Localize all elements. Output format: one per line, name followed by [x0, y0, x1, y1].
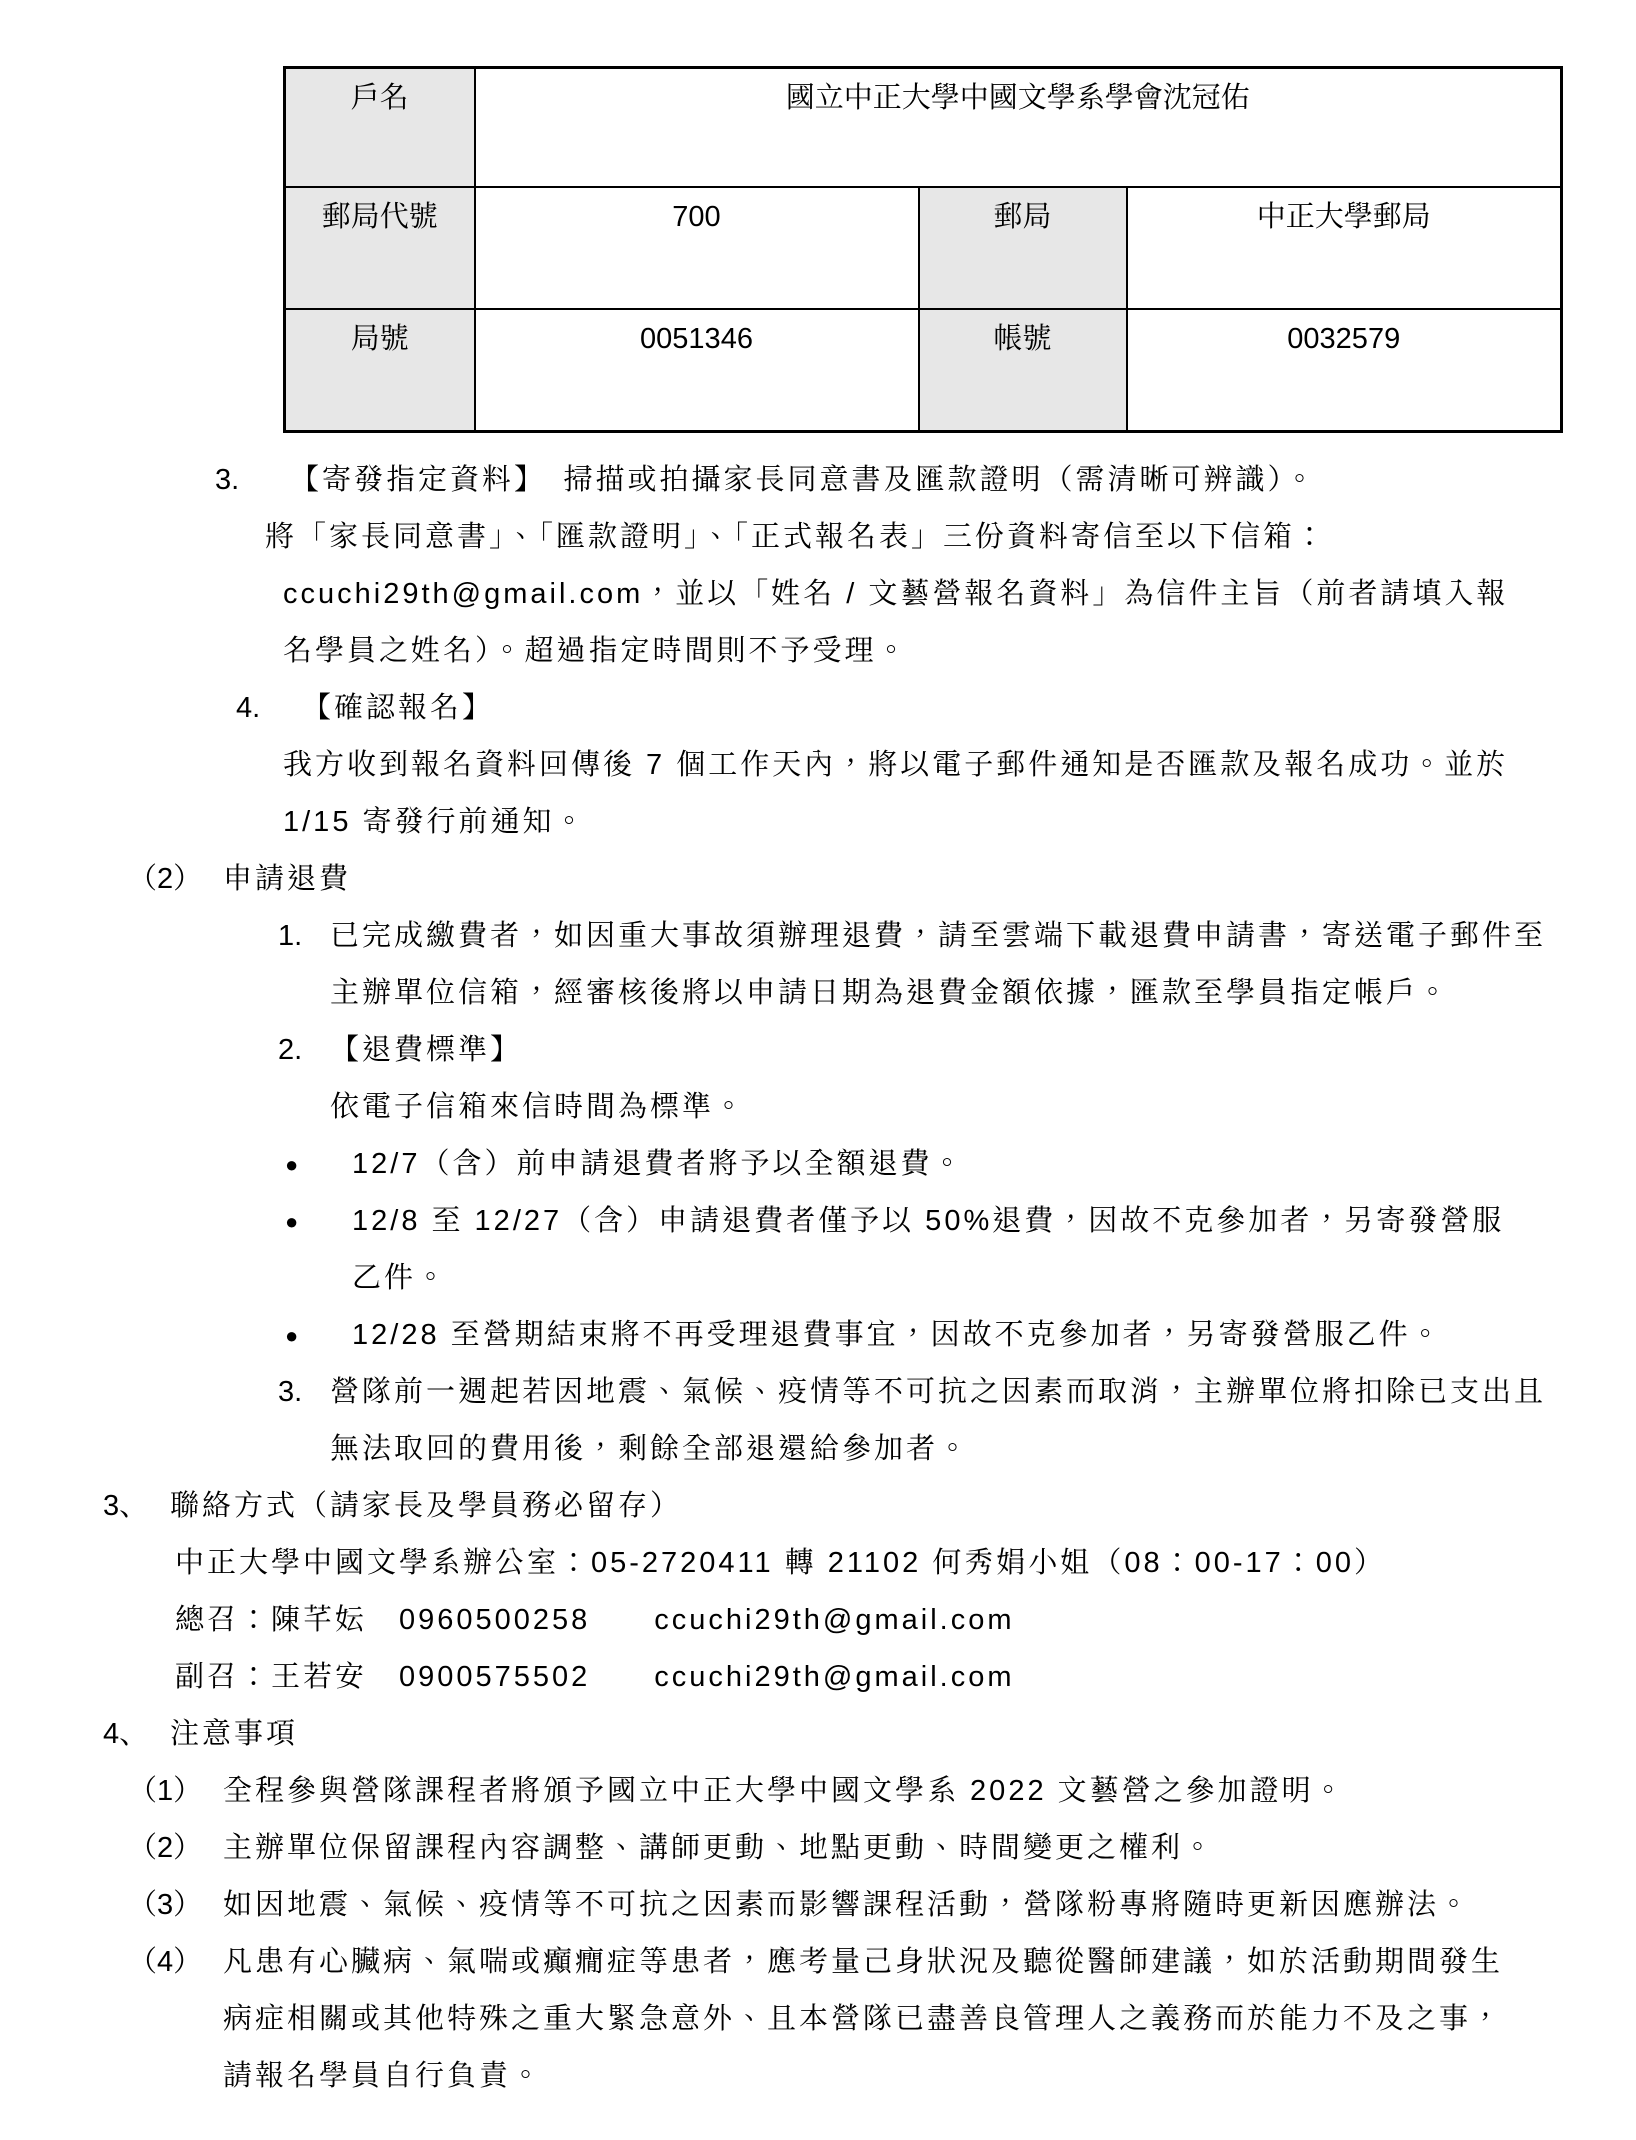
line-text: 中正大學中國文學系辦公室：05-2720411 轉 21102 何秀娟小姐（08…: [175, 1547, 1386, 1579]
table-row-account-name: 戶名 國立中正大學中國文學系學會沈冠佑: [285, 68, 1562, 187]
cell-post-office-value: 中正大學郵局: [1127, 187, 1562, 309]
line-text: 總召：陳芊妘 0960500258 ccuchi29th@gmail.com: [175, 1604, 1015, 1636]
line-text: 【退費標準】: [330, 1034, 522, 1066]
document-line: 主辦單位信箱，經審核後將以申請日期為退費金額依據，匯款至學員指定帳戶。: [0, 965, 1636, 1022]
list-number: 3、: [103, 1478, 148, 1535]
line-text: 病症相關或其他特殊之重大緊急意外、且本營隊已盡善良管理人之義務而於能力不及之事，: [223, 2003, 1503, 2035]
list-number: 3.: [215, 452, 239, 509]
bullet-icon: ●: [285, 1136, 298, 1193]
line-text: 名學員之姓名）。超過指定時間則不予受理。: [283, 635, 909, 667]
cell-account-name-label: 戶名: [285, 68, 475, 187]
cell-branch-no-value: 0051346: [475, 309, 919, 432]
bullet-icon: ●: [285, 1307, 298, 1364]
document-line: 無法取回的費用後，剩餘全部退還給參加者。: [0, 1421, 1636, 1478]
line-text: 聯絡方式（請家長及學員務必留存）: [170, 1490, 682, 1522]
line-text: 無法取回的費用後，剩餘全部退還給參加者。: [330, 1433, 970, 1465]
cell-post-code-label: 郵局代號: [285, 187, 475, 309]
list-number: 3.: [278, 1364, 302, 1421]
line-text: 主辦單位信箱，經審核後將以申請日期為退費金額依據，匯款至學員指定帳戶。: [330, 977, 1450, 1009]
list-number: 2.: [278, 1022, 302, 1079]
line-text: 依電子信箱來信時間為標準。: [330, 1091, 746, 1123]
line-text: 如因地震、氣候、疫情等不可抗之因素而影響課程活動，營隊粉專將隨時更新因應辦法。: [223, 1889, 1471, 1921]
contact-deputy-line: 副召：王若安 0900575502 ccuchi29th@gmail.com: [0, 1649, 1636, 1706]
line-text: 副召：王若安 0900575502 ccuchi29th@gmail.com: [175, 1661, 1015, 1693]
line-text: 已完成繳費者，如因重大事故須辦理退費，請至雲端下載退費申請書，寄送電子郵件至: [330, 920, 1546, 952]
cell-account-no-value: 0032579: [1127, 309, 1562, 432]
list-number: （4）: [128, 1934, 202, 1991]
section-refund-request: （2）申請退費: [0, 851, 1636, 908]
bank-info-table: 戶名 國立中正大學中國文學系學會沈冠佑 郵局代號 700 郵局 中正大學郵局 局…: [283, 66, 1563, 433]
line-text: 乙件。: [352, 1262, 448, 1294]
list-item-force-majeure: 3.營隊前一週起若因地震、氣候、疫情等不可抗之因素而取消，主辦單位將扣除已支出且: [0, 1364, 1636, 1421]
bullet-icon: ●: [285, 1193, 298, 1250]
document-line: 依電子信箱來信時間為標準。: [0, 1079, 1636, 1136]
document-line: 1/15 寄發行前通知。: [0, 794, 1636, 851]
contact-office-line: 中正大學中國文學系辦公室：05-2720411 轉 21102 何秀娟小姐（08…: [0, 1535, 1636, 1592]
list-number: 4、: [103, 1706, 148, 1763]
bullet-item-full-refund: ●12/7（含）前申請退費者將予以全額退費。: [0, 1136, 1636, 1193]
table-row-post-office: 郵局代號 700 郵局 中正大學郵局: [285, 187, 1562, 309]
line-text: 主辦單位保留課程內容調整、講師更動、地點更動、時間變更之權利。: [223, 1832, 1215, 1864]
list-item-send-documents: 3.【寄發指定資料】 掃描或拍攝家長同意書及匯款證明（需清晰可辨識）。: [0, 452, 1636, 509]
line-text: 營隊前一週起若因地震、氣候、疫情等不可抗之因素而取消，主辦單位將扣除已支出且: [330, 1376, 1546, 1408]
line-text: 申請退費: [223, 863, 351, 895]
line-text: 【確認報名】: [302, 692, 494, 724]
document-page: 戶名 國立中正大學中國文學系學會沈冠佑 郵局代號 700 郵局 中正大學郵局 局…: [0, 0, 1636, 2140]
note-item-disaster: （3）如因地震、氣候、疫情等不可抗之因素而影響課程活動，營隊粉專將隨時更新因應辦…: [0, 1877, 1636, 1934]
list-item-refund-completed: 1.已完成繳費者，如因重大事故須辦理退費，請至雲端下載退費申請書，寄送電子郵件至: [0, 908, 1636, 965]
cell-post-office-label: 郵局: [919, 187, 1127, 309]
line-text: 【寄發指定資料】 掃描或拍攝家長同意書及匯款證明（需清晰可辨識）。: [290, 464, 1317, 496]
table-row-account-number: 局號 0051346 帳號 0032579: [285, 309, 1562, 432]
contact-chief-line: 總召：陳芊妘 0960500258 ccuchi29th@gmail.com: [0, 1592, 1636, 1649]
list-number: （3）: [128, 1877, 202, 1934]
note-item-changes: （2）主辦單位保留課程內容調整、講師更動、地點更動、時間變更之權利。: [0, 1820, 1636, 1877]
note-item-certificate: （1）全程參與營隊課程者將頒予國立中正大學中國文學系 2022 文藝營之參加證明…: [0, 1763, 1636, 1820]
list-number: 1.: [278, 908, 302, 965]
list-number: （1）: [128, 1763, 202, 1820]
line-text: 12/7（含）前申請退費者將予以全額退費。: [352, 1148, 964, 1180]
list-number: 4.: [236, 680, 260, 737]
line-text: 12/28 至營期結束將不再受理退費事宜，因故不克參加者，另寄發營服乙件。: [352, 1319, 1443, 1351]
line-text: 注意事項: [170, 1718, 298, 1750]
document-line: 請報名學員自行負責。: [0, 2048, 1636, 2105]
cell-branch-no-label: 局號: [285, 309, 475, 432]
list-number: （2）: [128, 851, 202, 908]
cell-account-name-value: 國立中正大學中國文學系學會沈冠佑: [475, 68, 1562, 187]
line-text: 12/8 至 12/27（含）申請退費者僅予以 50%退費，因故不克參加者，另寄…: [352, 1205, 1504, 1237]
cell-post-code-value: 700: [475, 187, 919, 309]
note-item-health: （4）凡患有心臟病、氣喘或癲癇症等患者，應考量己身狀況及聽從醫師建議，如於活動期…: [0, 1934, 1636, 1991]
line-text: ccuchi29th@gmail.com，並以「姓名 / 文藝營報名資料」為信件…: [283, 578, 1508, 610]
list-item-confirm-registration: 4.【確認報名】: [0, 680, 1636, 737]
list-number: （2）: [128, 1820, 202, 1877]
line-text: 1/15 寄發行前通知。: [283, 806, 587, 838]
line-text: 凡患有心臟病、氣喘或癲癇症等患者，應考量己身狀況及聽從醫師建議，如於活動期間發生: [223, 1946, 1503, 1978]
cell-account-no-label: 帳號: [919, 309, 1127, 432]
section-contact-info: 3、聯絡方式（請家長及學員務必留存）: [0, 1478, 1636, 1535]
list-item-refund-standard: 2.【退費標準】: [0, 1022, 1636, 1079]
document-line-email: ccuchi29th@gmail.com，並以「姓名 / 文藝營報名資料」為信件…: [0, 566, 1636, 623]
document-line: 病症相關或其他特殊之重大緊急意外、且本營隊已盡善良管理人之義務而於能力不及之事，: [0, 1991, 1636, 2048]
section-notes: 4、注意事項: [0, 1706, 1636, 1763]
line-text: 我方收到報名資料回傳後 7 個工作天內，將以電子郵件通知是否匯款及報名成功。並於: [283, 749, 1508, 781]
line-text: 將「家長同意書」、「匯款證明」、「正式報名表」三份資料寄信至以下信箱：: [265, 521, 1327, 553]
line-text: 請報名學員自行負責。: [223, 2060, 543, 2092]
document-line: 乙件。: [0, 1250, 1636, 1307]
line-text: 全程參與營隊課程者將頒予國立中正大學中國文學系 2022 文藝營之參加證明。: [223, 1775, 1346, 1807]
document-body: 3.【寄發指定資料】 掃描或拍攝家長同意書及匯款證明（需清晰可辨識）。 將「家長…: [0, 452, 1636, 2105]
document-line: 我方收到報名資料回傳後 7 個工作天內，將以電子郵件通知是否匯款及報名成功。並於: [0, 737, 1636, 794]
document-line: 將「家長同意書」、「匯款證明」、「正式報名表」三份資料寄信至以下信箱：: [0, 509, 1636, 566]
bullet-item-no-refund: ●12/28 至營期結束將不再受理退費事宜，因故不克參加者，另寄發營服乙件。: [0, 1307, 1636, 1364]
document-line: 名學員之姓名）。超過指定時間則不予受理。: [0, 623, 1636, 680]
bullet-item-half-refund: ●12/8 至 12/27（含）申請退費者僅予以 50%退費，因故不克參加者，另…: [0, 1193, 1636, 1250]
